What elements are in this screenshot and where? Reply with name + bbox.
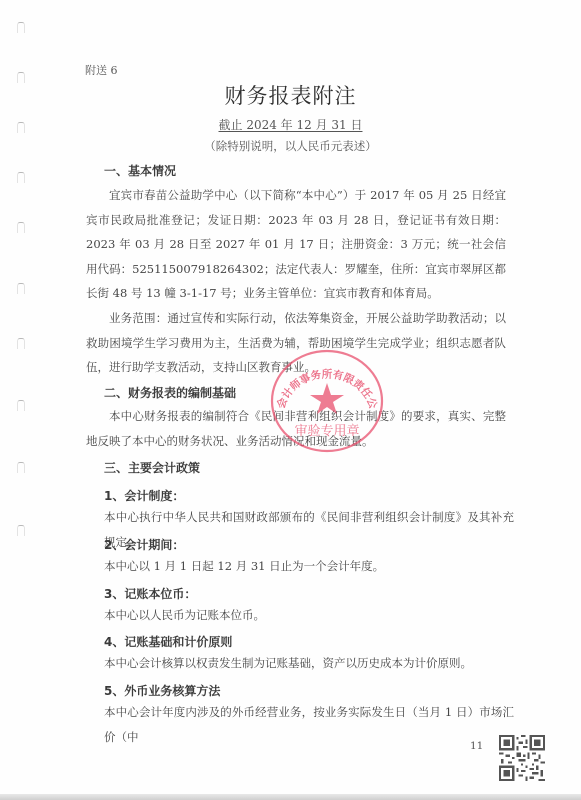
- document-page: 附送 6 财务报表附注 截止 2024 年 12 月 31 日 （除特别说明，以…: [0, 0, 581, 800]
- subsection-heading-foreign-currency: 5、外币业务核算方法: [104, 682, 220, 699]
- binding-hole: [17, 462, 25, 473]
- paragraph-business-scope: 业务范围：通过宣传和实际行动，依法筹集资金，开展公益助学助教活动；以救助困境学生…: [86, 306, 506, 380]
- subsection-heading-accounting-period: 2、会计期间：: [104, 536, 184, 553]
- paragraph-preparation-basis: 本中心财务报表的编制符合《民间非营利组织会计制度》的要求，真实、完整地反映了本中…: [86, 404, 506, 453]
- paragraph-foreign-currency: 本中心会计年度内涉及的外币经营业务，按业务实际发生日（当月 1 日）市场汇价（中: [104, 700, 514, 749]
- paragraph-basic-info: 宜宾市春苗公益助学中心（以下简称“本中心”）于 2017 年 05 月 25 日…: [86, 183, 506, 306]
- binding-hole: [17, 222, 25, 233]
- section-heading-preparation-basis: 二、财务报表的编制基础: [104, 384, 236, 401]
- subsection-heading-accounting-basis: 4、记账基础和计价原则: [104, 633, 232, 650]
- paragraph-accounting-basis: 本中心会计核算以权责发生制为记账基础，资产以历史成本为计价原则。: [104, 651, 514, 676]
- binding-hole: [17, 400, 25, 411]
- binding-hole: [17, 283, 25, 294]
- binding-hole: [17, 22, 25, 33]
- subsection-heading-accounting-system: 1、会计制度：: [104, 487, 184, 504]
- page-number: 11: [470, 740, 483, 752]
- page-bottom-edge: [0, 794, 581, 800]
- document-title: 财务报表附注: [0, 80, 581, 110]
- currency-note: （除特别说明，以人民币元表述）: [0, 138, 581, 154]
- section-heading-basic-info: 一、基本情况: [104, 162, 176, 179]
- date-line: 截止 2024 年 12 月 31 日: [0, 116, 581, 133]
- paragraph-functional-currency: 本中心以人民币为记账本位币。: [104, 603, 514, 628]
- binding-hole: [17, 172, 25, 183]
- section-heading-accounting-policies: 三、主要会计政策: [104, 459, 200, 476]
- binding-hole: [17, 525, 25, 536]
- qr-code: [499, 735, 545, 781]
- subsection-heading-functional-currency: 3、记账本位币：: [104, 585, 196, 602]
- binding-hole: [17, 338, 25, 349]
- paragraph-accounting-period: 本中心以 1 月 1 日起 12 月 31 日止为一个会计年度。: [104, 554, 514, 579]
- attachment-label: 附送 6: [85, 62, 118, 78]
- date-text: 截止 2024 年 12 月 31 日: [219, 118, 363, 132]
